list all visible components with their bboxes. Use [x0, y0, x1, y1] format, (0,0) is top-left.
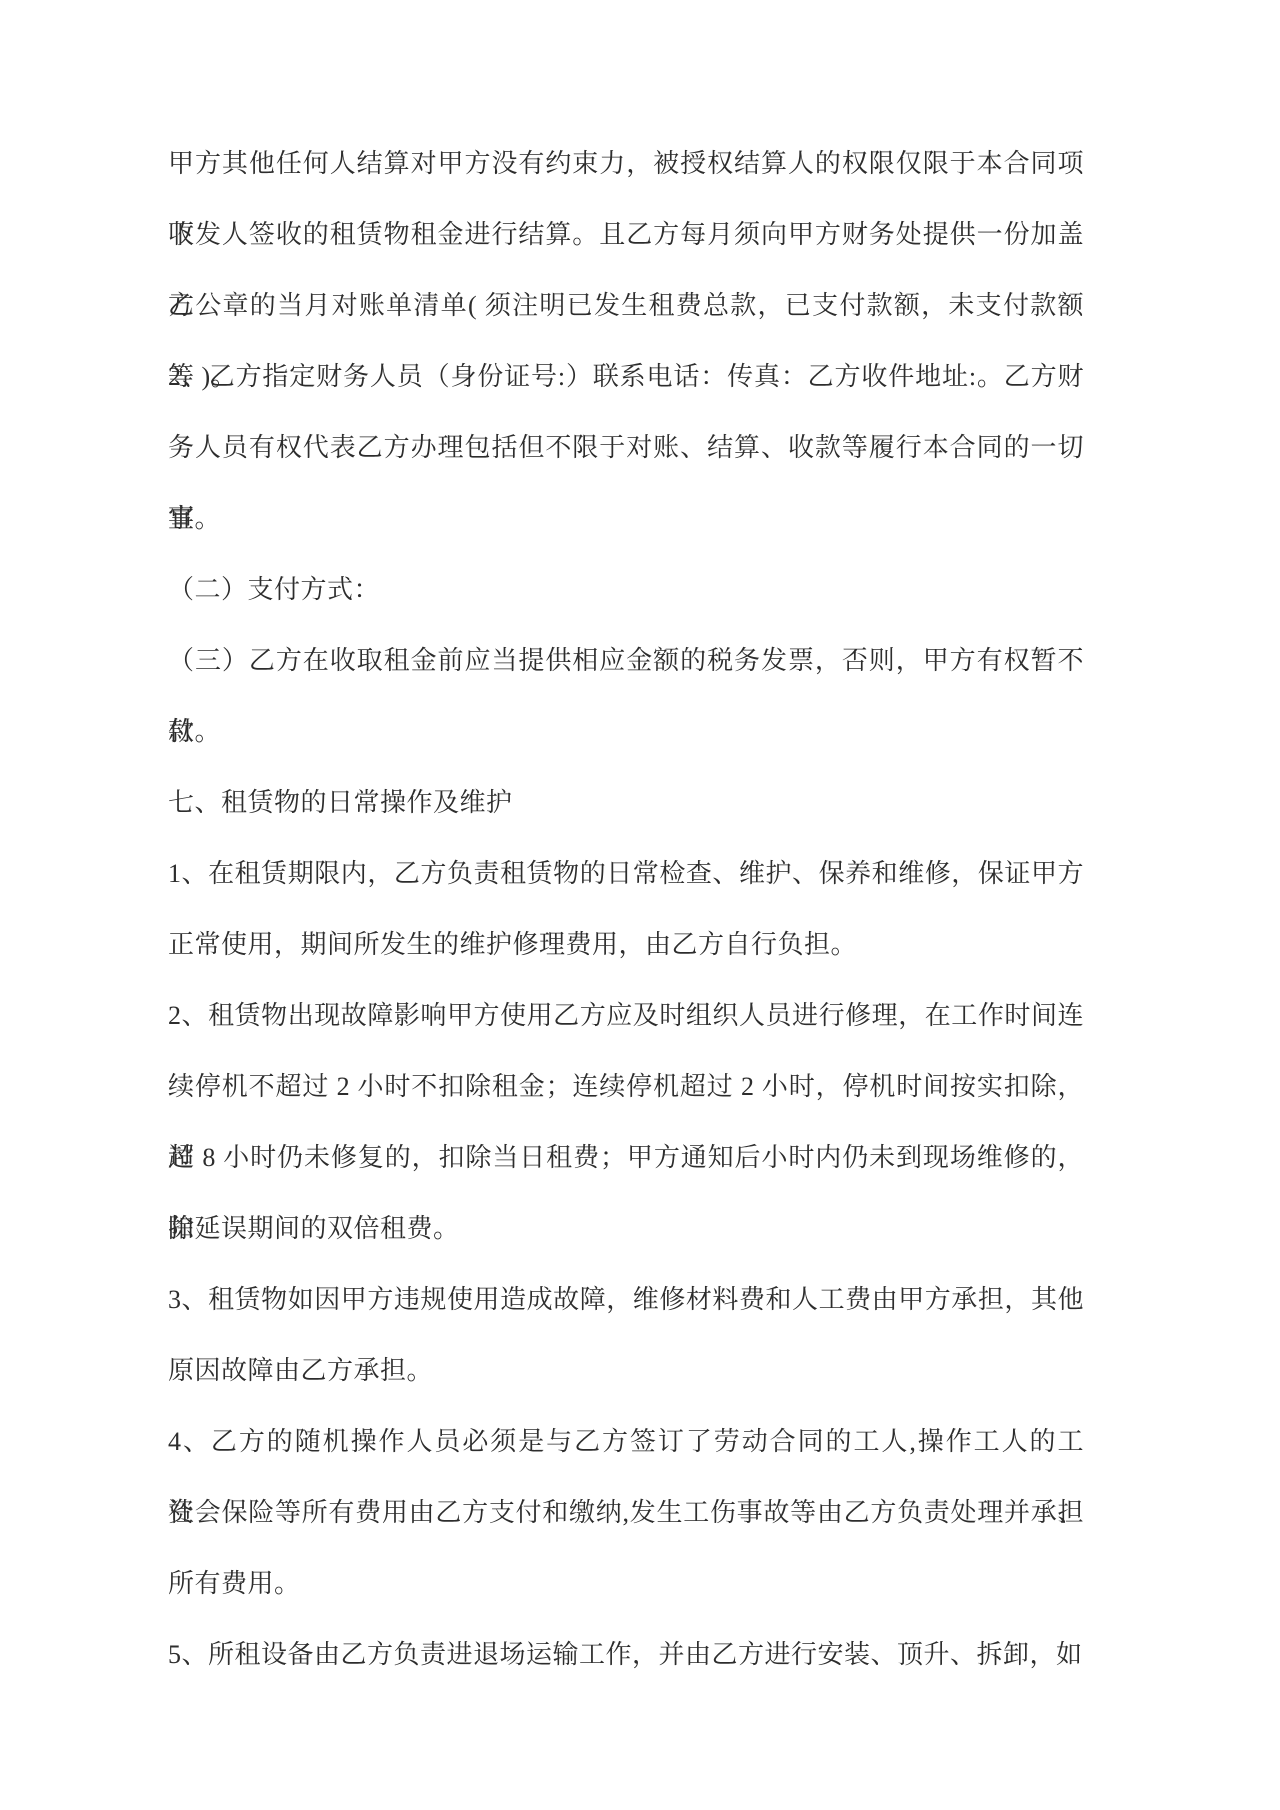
document-line: 收发人签收的租赁物租金进行结算。且乙方每月须向甲方财务处提供一份加盖乙 [168, 199, 1084, 270]
document-line: （三）乙方在收取租金前应当提供相应金额的税务发票，否则，甲方有权暂不付 [168, 625, 1084, 696]
document-line: 甲方其他任何人结算对甲方没有约束力，被授权结算人的权限仅限于本合同项下 [168, 128, 1084, 199]
document-line: 除延误期间的双倍租费。 [168, 1193, 1084, 1264]
paragraph: 4、乙方的随机操作人员必须是与乙方签订了劳动合同的工人,操作工人的工资、社会保险… [168, 1406, 1084, 1619]
document-line: 原因故障由乙方承担。 [168, 1335, 1084, 1406]
document-line: 宜。 [168, 483, 1084, 554]
document-line: 所有费用。 [168, 1548, 1084, 1619]
document-line: 续停机不超过 2 小时不扣除租金；连续停机超过 2 小时，停机时间按实扣除，超 [168, 1051, 1084, 1122]
document-line: 七、租赁物的日常操作及维护 [168, 767, 1084, 838]
document-line: 5、所租设备由乙方负责进退场运输工作，并由乙方进行安装、顶升、拆卸，如 [168, 1619, 1084, 1690]
document-line: 1、在租赁期限内，乙方负责租赁物的日常检查、维护、保养和维修，保证甲方 [168, 838, 1084, 909]
contract-document-page: 甲方其他任何人结算对甲方没有约束力，被授权结算人的权限仅限于本合同项下收发人签收… [0, 0, 1280, 1810]
paragraph: 七、租赁物的日常操作及维护 [168, 767, 1084, 838]
paragraph: 甲方其他任何人结算对甲方没有约束力，被授权结算人的权限仅限于本合同项下收发人签收… [168, 128, 1084, 341]
document-line: 3、租赁物如因甲方违规使用造成故障，维修材料费和人工费由甲方承担，其他 [168, 1264, 1084, 1335]
document-line: 过 8 小时仍未修复的，扣除当日租费；甲方通知后小时内仍未到现场维修的，扣 [168, 1122, 1084, 1193]
paragraph: 5、所租设备由乙方负责进退场运输工作，并由乙方进行安装、顶升、拆卸，如 [168, 1619, 1084, 1690]
document-line: 务人员有权代表乙方办理包括但不限于对账、结算、收款等履行本合同的一切事 [168, 412, 1084, 483]
document-line: 方公章的当月对账单清单( 须注明已发生租费总款，已支付款额，未支付款额等 )。 [168, 270, 1084, 341]
document-line: 正常使用，期间所发生的维护修理费用，由乙方自行负担。 [168, 909, 1084, 980]
paragraph: （二）支付方式： [168, 554, 1084, 625]
paragraph: 3、租赁物如因甲方违规使用造成故障，维修材料费和人工费由甲方承担，其他原因故障由… [168, 1264, 1084, 1406]
paragraph: 2、乙方指定财务人员（身份证号:）联系电话：传真：乙方收件地址:。乙方财务人员有… [168, 341, 1084, 554]
document-line: 社会保险等所有费用由乙方支付和缴纳,发生工伤事故等由乙方负责处理并承担 [168, 1477, 1084, 1548]
paragraph: 1、在租赁期限内，乙方负责租赁物的日常检查、维护、保养和维修，保证甲方正常使用，… [168, 838, 1084, 980]
document-line: 款。 [168, 696, 1084, 767]
document-line: （二）支付方式： [168, 554, 1084, 625]
document-line: 2、乙方指定财务人员（身份证号:）联系电话：传真：乙方收件地址:。乙方财 [168, 341, 1084, 412]
document-line: 2、租赁物出现故障影响甲方使用乙方应及时组织人员进行修理，在工作时间连 [168, 980, 1084, 1051]
paragraph: （三）乙方在收取租金前应当提供相应金额的税务发票，否则，甲方有权暂不付款。 [168, 625, 1084, 767]
document-line: 4、乙方的随机操作人员必须是与乙方签订了劳动合同的工人,操作工人的工资、 [168, 1406, 1084, 1477]
document-body: 甲方其他任何人结算对甲方没有约束力，被授权结算人的权限仅限于本合同项下收发人签收… [168, 128, 1084, 1690]
paragraph: 2、租赁物出现故障影响甲方使用乙方应及时组织人员进行修理，在工作时间连续停机不超… [168, 980, 1084, 1264]
